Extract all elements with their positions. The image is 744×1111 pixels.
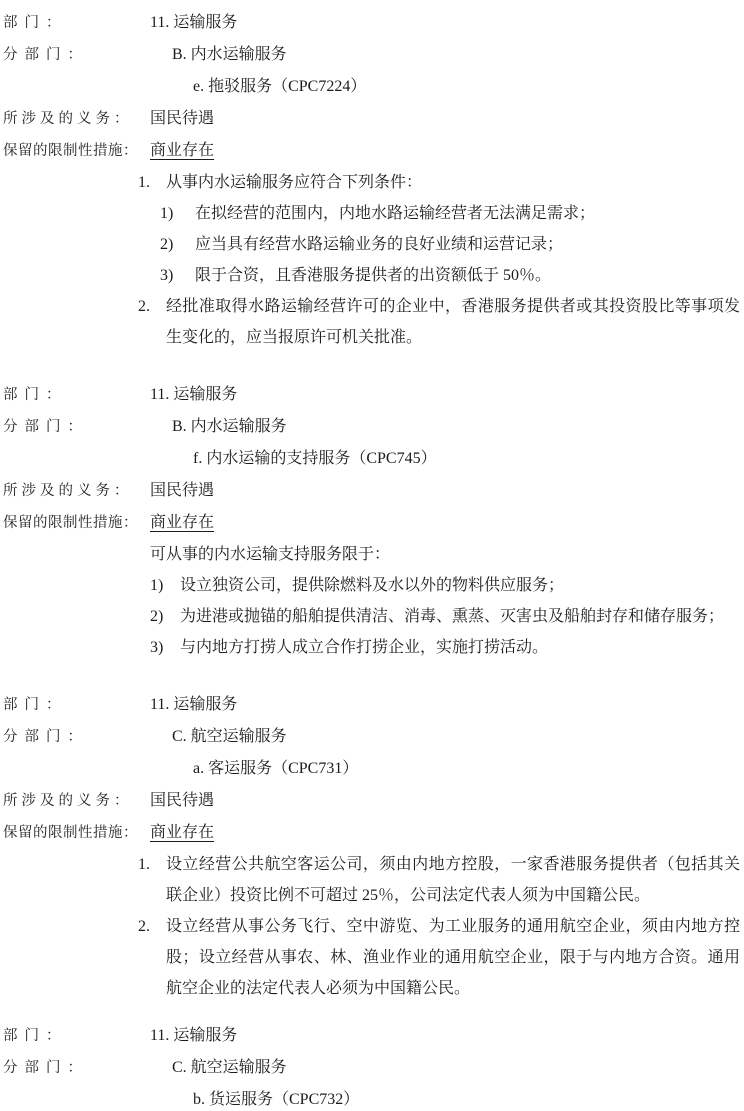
obligations-label: 所涉及的义务： (3, 103, 150, 135)
subsector-detail-value: a. 客运服务（CPC731） (150, 753, 358, 785)
measure-item: 2. 经批准取得水路运输经营许可的企业中，香港服务提供者或其投资股比等事项发生变… (138, 291, 740, 353)
sector-label: 部门： (3, 1020, 150, 1052)
subsector-row: 分部门： B. 内水运输服务 (3, 39, 740, 71)
item-text: 设立经营从事公务飞行、空中游览、为工业服务的通用航空企业，须由内地方控股；设立经… (166, 911, 740, 1004)
item-text: 与内地方打捞人成立合作打捞企业，实施打捞活动。 (180, 632, 548, 663)
item-text: 设立独资公司，提供除燃料及水以外的物料供应服务； (180, 570, 564, 601)
schedule-entry-4: 部门： 11. 运输服务 分部门： C. 航空运输服务 b. 货运服务（CPC7… (3, 1020, 740, 1111)
sector-label: 部门： (3, 7, 150, 39)
item-text: 在拟经营的范围内，内地水路运输经营者无法满足需求； (195, 198, 595, 229)
measure-subitem: 3) 限于合资，且香港服务提供者的出资额低于 50％。 (160, 260, 740, 291)
measures-label: 保留的限制性措施： (3, 507, 150, 539)
subsector-detail-value: f. 内水运输的支持服务（CPC745） (150, 443, 437, 475)
item-marker: 2) (150, 601, 180, 632)
empty-label (3, 71, 150, 103)
sector-row: 部门： 11. 运输服务 (3, 7, 740, 39)
empty-label (3, 1084, 150, 1111)
measures-body: 1. 设立经营公共航空客运公司，须由内地方控股，一家香港服务提供者（包括其关联企… (150, 849, 740, 1004)
schedule-entry-1: 部门： 11. 运输服务 分部门： B. 内水运输服务 e. 拖驳服务（CPC7… (3, 7, 740, 353)
item-text: 从事内水运输服务应符合下列条件： (166, 167, 422, 198)
subsector-detail-value: b. 货运服务（CPC732） (150, 1084, 359, 1111)
measures-title: 商业存在 (150, 817, 214, 849)
empty-label (3, 753, 150, 785)
item-text: 经批准取得水路运输经营许可的企业中，香港服务提供者或其投资股比等事项发生变化的，… (166, 291, 740, 353)
item-marker: 3) (150, 632, 180, 663)
sector-value: 11. 运输服务 (150, 7, 237, 39)
subsector-row: 分部门： C. 航空运输服务 (3, 1052, 740, 1084)
measures-body: 可从事的内水运输支持服务限于： 1) 设立独资公司，提供除燃料及水以外的物料供应… (150, 539, 740, 663)
measure-item: 1. 从事内水运输服务应符合下列条件： (138, 167, 740, 198)
item-marker: 1) (160, 198, 195, 229)
subsector-row: 分部门： B. 内水运输服务 (3, 411, 740, 443)
measures-title: 商业存在 (150, 135, 214, 167)
sector-row: 部门： 11. 运输服务 (3, 689, 740, 721)
item-marker: 2. (138, 291, 166, 353)
measures-row: 保留的限制性措施： 商业存在 (3, 135, 740, 167)
item-marker: 2. (138, 911, 166, 1004)
subsector-detail-row: b. 货运服务（CPC732） (3, 1084, 740, 1111)
subsector-detail-row: a. 客运服务（CPC731） (3, 753, 740, 785)
item-marker: 1) (150, 570, 180, 601)
measure-subitem: 1) 在拟经营的范围内，内地水路运输经营者无法满足需求； (160, 198, 740, 229)
measure-item: 1. 设立经营公共航空客运公司，须由内地方控股，一家香港服务提供者（包括其关联企… (138, 849, 740, 911)
measure-item: 1) 设立独资公司，提供除燃料及水以外的物料供应服务； (150, 570, 740, 601)
schedule-entry-2: 部门： 11. 运输服务 分部门： B. 内水运输服务 f. 内水运输的支持服务… (3, 379, 740, 663)
measures-row: 保留的限制性措施： 商业存在 (3, 507, 740, 539)
obligations-row: 所涉及的义务： 国民待遇 (3, 785, 740, 817)
obligations-row: 所涉及的义务： 国民待遇 (3, 475, 740, 507)
item-text: 限于合资，且香港服务提供者的出资额低于 50％。 (195, 260, 551, 291)
measures-intro: 可从事的内水运输支持服务限于： (150, 539, 740, 570)
sector-row: 部门： 11. 运输服务 (3, 379, 740, 411)
item-text: 为进港或抛锚的船舶提供清洁、消毒、熏蒸、灭害虫及船舶封存和储存服务； (180, 601, 724, 632)
sector-value: 11. 运输服务 (150, 379, 237, 411)
subsector-value: B. 内水运输服务 (150, 39, 287, 71)
measures-title: 商业存在 (150, 507, 214, 539)
subsector-row: 分部门： C. 航空运输服务 (3, 721, 740, 753)
subsector-label: 分部门： (3, 721, 150, 753)
item-text: 设立经营公共航空客运公司，须由内地方控股，一家香港服务提供者（包括其关联企业）投… (166, 849, 740, 911)
empty-label (3, 443, 150, 475)
sector-label: 部门： (3, 379, 150, 411)
subsector-label: 分部门： (3, 39, 150, 71)
schedule-entry-3: 部门： 11. 运输服务 分部门： C. 航空运输服务 a. 客运服务（CPC7… (3, 689, 740, 1004)
item-marker: 2) (160, 229, 195, 260)
measure-subitem: 2) 应当具有经营水路运输业务的良好业绩和运营记录； (160, 229, 740, 260)
measures-label: 保留的限制性措施： (3, 817, 150, 849)
item-marker: 1. (138, 849, 166, 911)
obligations-value: 国民待遇 (150, 103, 214, 135)
subsector-detail-row: f. 内水运输的支持服务（CPC745） (3, 443, 740, 475)
measure-item: 2) 为进港或抛锚的船舶提供清洁、消毒、熏蒸、灭害虫及船舶封存和储存服务； (150, 601, 740, 632)
subsector-detail-value: e. 拖驳服务（CPC7224） (150, 71, 366, 103)
measure-item: 3) 与内地方打捞人成立合作打捞企业，实施打捞活动。 (150, 632, 740, 663)
measures-body: 1. 从事内水运输服务应符合下列条件： 1) 在拟经营的范围内，内地水路运输经营… (150, 167, 740, 353)
subsector-value: B. 内水运输服务 (150, 411, 287, 443)
subsector-label: 分部门： (3, 1052, 150, 1084)
measures-label: 保留的限制性措施： (3, 135, 150, 167)
measures-row: 保留的限制性措施： 商业存在 (3, 817, 740, 849)
measure-item: 2. 设立经营从事公务飞行、空中游览、为工业服务的通用航空企业，须由内地方控股；… (138, 911, 740, 1004)
obligations-value: 国民待遇 (150, 475, 214, 507)
subsector-detail-row: e. 拖驳服务（CPC7224） (3, 71, 740, 103)
obligations-label: 所涉及的义务： (3, 475, 150, 507)
item-text: 应当具有经营水路运输业务的良好业绩和运营记录； (195, 229, 563, 260)
subsector-value: C. 航空运输服务 (150, 721, 287, 753)
obligations-label: 所涉及的义务： (3, 785, 150, 817)
obligations-row: 所涉及的义务： 国民待遇 (3, 103, 740, 135)
subsector-label: 分部门： (3, 411, 150, 443)
item-marker: 3) (160, 260, 195, 291)
subsector-value: C. 航空运输服务 (150, 1052, 287, 1084)
sector-value: 11. 运输服务 (150, 689, 237, 721)
sector-value: 11. 运输服务 (150, 1020, 237, 1052)
item-marker: 1. (138, 167, 166, 198)
sector-row: 部门： 11. 运输服务 (3, 1020, 740, 1052)
obligations-value: 国民待遇 (150, 785, 214, 817)
sector-label: 部门： (3, 689, 150, 721)
